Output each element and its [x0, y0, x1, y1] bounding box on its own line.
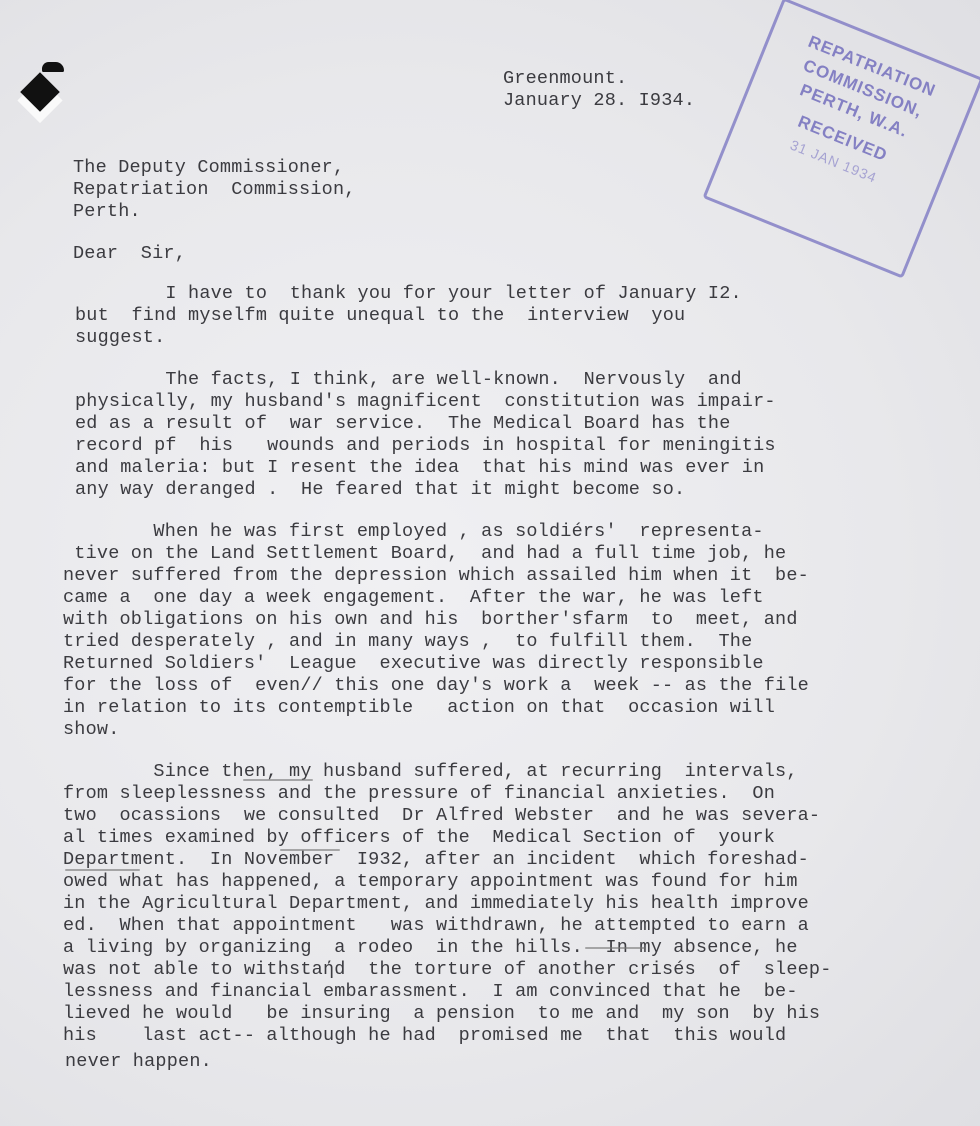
- body-line: When he was first employed , as soldiérs…: [63, 521, 764, 543]
- body-line: ed. When that appointment was withdrawn,…: [63, 915, 809, 937]
- recipient-line: Perth.: [73, 201, 141, 223]
- address-place: Greenmount.: [503, 68, 627, 90]
- body-line: from sleeplessness and the pressure of f…: [63, 783, 775, 805]
- body-line: with obligations on his own and his bort…: [63, 609, 798, 631]
- body-line: never suffered from the depression which…: [63, 565, 809, 587]
- body-line: never happen.: [65, 1051, 212, 1073]
- body-line: a living by organizing a rodeo in the hi…: [63, 937, 798, 959]
- body-line: suggest.: [75, 327, 165, 349]
- body-line: ed as a result of war service. The Medic…: [75, 413, 731, 435]
- body-line: in relation to its contemptible action o…: [63, 697, 775, 719]
- body-line: two ocassions we consulted Dr Alfred Web…: [63, 805, 820, 827]
- body-line: al times examined by officers of the Med…: [63, 827, 775, 849]
- salutation: Dear Sir,: [73, 243, 186, 265]
- body-line: record pf his wounds and periods in hosp…: [75, 435, 776, 457]
- body-line: owed what has happened, a temporary appo…: [63, 871, 798, 893]
- underline-mark: [280, 849, 340, 851]
- body-line: his last act-- although he had promised …: [63, 1025, 786, 1047]
- underline-mark: [65, 869, 140, 871]
- recipient-line: Repatriation Commission,: [73, 179, 356, 201]
- punch-hole-mark: [42, 62, 64, 72]
- letter-date: January 28. I934.: [503, 90, 695, 112]
- body-line: in the Agricultural Department, and imme…: [63, 893, 809, 915]
- body-line: and maleria: but I resent the idea that …: [75, 457, 764, 479]
- body-line: show.: [63, 719, 120, 741]
- body-line: tive on the Land Settlement Board, and h…: [63, 543, 786, 565]
- body-line: for the loss of even// this one day's wo…: [63, 675, 809, 697]
- body-line: was not able to withstaήd the torture of…: [63, 959, 832, 981]
- body-line: Department. In November I932, after an i…: [63, 849, 809, 871]
- punch-hole: [20, 72, 60, 112]
- body-line: any way deranged . He feared that it mig…: [75, 479, 685, 501]
- underline-mark: [243, 779, 313, 781]
- body-line: lessness and financial embarassment. I a…: [63, 981, 798, 1003]
- body-line: physically, my husband's magnificent con…: [75, 391, 776, 413]
- body-line: tried desperately , and in many ways , t…: [63, 631, 752, 653]
- letter-page: REPATRIATION COMMISSION, PERTH, W.A. REC…: [0, 0, 980, 1126]
- body-line: Returned Soldiers' League executive was …: [63, 653, 764, 675]
- recipient-line: The Deputy Commissioner,: [73, 157, 344, 179]
- received-stamp: REPATRIATION COMMISSION, PERTH, W.A. REC…: [702, 0, 980, 279]
- body-line: but find myselfm quite unequal to the in…: [75, 305, 685, 327]
- body-line: lieved he would be insuring a pension to…: [63, 1003, 820, 1025]
- body-line: I have to thank you for your letter of J…: [75, 283, 742, 305]
- body-line: The facts, I think, are well-known. Nerv…: [75, 369, 742, 391]
- body-line: Since then, my husband suffered, at recu…: [63, 761, 798, 783]
- body-line: came a one day a week engagement. After …: [63, 587, 764, 609]
- underline-mark: [585, 947, 645, 949]
